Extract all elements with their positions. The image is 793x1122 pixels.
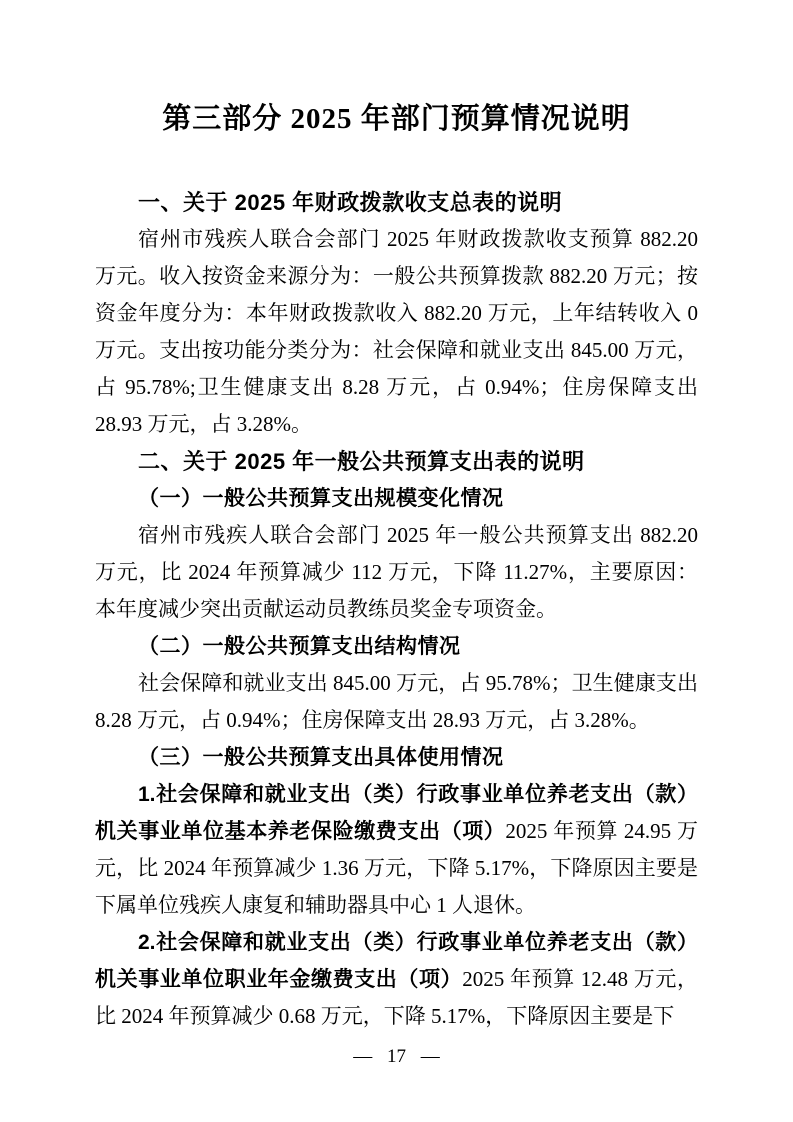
subsection-heading-2: （二）一般公共预算支出结构情况 xyxy=(95,628,698,665)
subsection-heading-1: （一）一般公共预算支出规模变化情况 xyxy=(95,480,698,517)
section-heading-1: 一、关于 2025 年财政拨款收支总表的说明 xyxy=(95,184,698,221)
subsection-heading-3: （三）一般公共预算支出具体使用情况 xyxy=(95,739,698,776)
paragraph-expenditure-scale-change: 宿州市残疾人联合会部门 2025 年一般公共预算支出 882.20 万元，比 2… xyxy=(95,517,698,628)
section-heading-2: 二、关于 2025 年一般公共预算支出表的说明 xyxy=(95,443,698,480)
document-title: 第三部分 2025 年部门预算情况说明 xyxy=(95,99,698,139)
document-body: 一、关于 2025 年财政拨款收支总表的说明 宿州市残疾人联合会部门 2025 … xyxy=(95,184,698,1035)
page-number: — 17 — xyxy=(0,1044,793,1070)
budget-item-1: 1.社会保障和就业支出（类）行政事业单位养老支出（款）机关事业单位基本养老保险缴… xyxy=(95,776,698,924)
document-content: 第三部分 2025 年部门预算情况说明 一、关于 2025 年财政拨款收支总表的… xyxy=(95,0,698,1035)
document-page: 第三部分 2025 年部门预算情况说明 一、关于 2025 年财政拨款收支总表的… xyxy=(0,0,793,1122)
paragraph-expenditure-structure: 社会保障和就业支出 845.00 万元，占 95.78%；卫生健康支出 8.28… xyxy=(95,665,698,739)
budget-item-2: 2.社会保障和就业支出（类）行政事业单位养老支出（款）机关事业单位职业年金缴费支… xyxy=(95,924,698,1035)
paragraph-fiscal-appropriation-summary: 宿州市残疾人联合会部门 2025 年财政拨款收支预算 882.20 万元。收入按… xyxy=(95,221,698,443)
